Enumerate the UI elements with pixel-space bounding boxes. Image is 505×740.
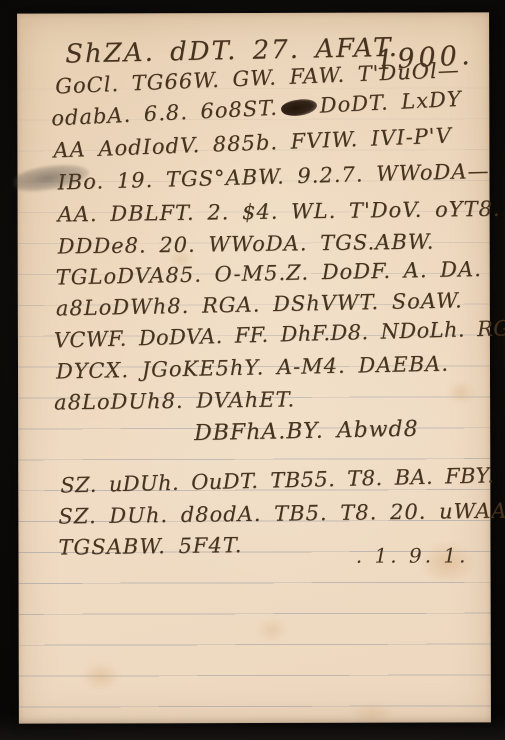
photo-background: 1900. ShZA. dDT. 27. AFAT. GoCl. TG66W. …	[0, 0, 505, 740]
handwritten-text: DDDe8. 20. WWoDA. TGS.ABW.	[58, 230, 435, 259]
page-notation: . 1. 9. 1.	[356, 543, 469, 567]
manuscript-line: SZ. DUh. d8odA. TB5. T8. 20. uWAA.	[58, 501, 505, 528]
manuscript-line: DDDe8. 20. WWoDA. TGS.ABW.	[58, 232, 435, 258]
ink-blot	[280, 97, 318, 119]
handwritten-text: TGSABW. 5F4T.	[58, 533, 242, 559]
manuscript-line: TGSABW. 5F4T.	[58, 535, 242, 558]
handwritten-text: DBFhA.BY. Abwd8	[194, 417, 419, 447]
manuscript-page: 1900. ShZA. dDT. 27. AFAT. GoCl. TG66W. …	[17, 12, 491, 723]
manuscript-line: a8LoDUh8. DVAhET.	[54, 389, 295, 413]
manuscript-line-signature: DBFhA.BY. Abwd8	[194, 419, 419, 446]
manuscript-line: AA. DBLFT. 2. $4. WL. T'DoV. oYT8.	[57, 199, 500, 226]
handwritten-text: a8LoDUh8. DVAhET.	[54, 387, 295, 414]
